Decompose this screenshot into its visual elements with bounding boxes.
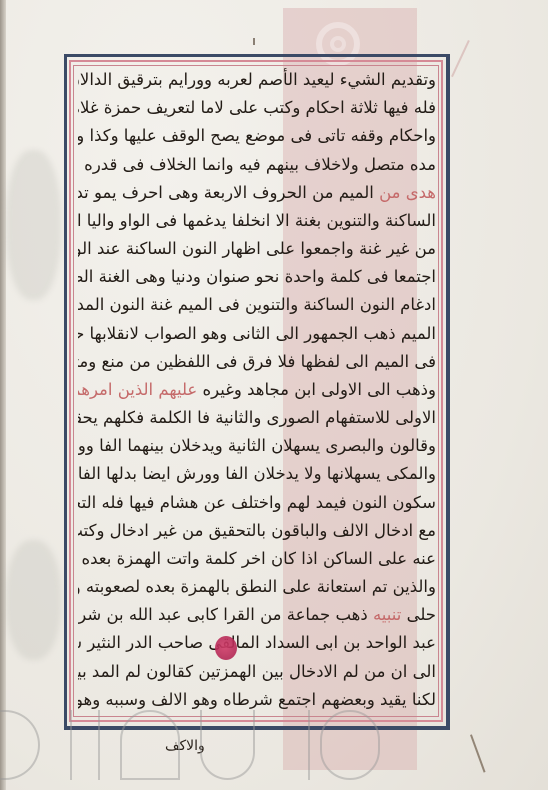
rubric-text: عليهم الذين امرهم <box>78 380 197 399</box>
line-text: الساكنة والتنوين بغنة الا انخلفا يدغمها … <box>78 211 436 230</box>
line-text: والمكى يسهلانها ولا يدخلان الفا وورش ايض… <box>78 464 436 483</box>
line-text: الميم ذهب الجمهور الى الثانى وهو الصواب … <box>78 324 436 343</box>
line-text: ادغام النون الساكنة والتنوين فى الميم غن… <box>78 295 436 314</box>
manuscript-line: الساكنة والتنوين بغنة الا انخلفا يدغمها … <box>78 207 436 234</box>
manuscript-line: مع ادخال الالف والباقون بالتحقيق من غير … <box>78 517 436 544</box>
manuscript-line: عبد الواحد بن ابى السداد المالقى صاحب ال… <box>78 629 436 656</box>
manuscript-line: عنه على الساكن اذا كان اخر كلمة واتت اله… <box>78 545 436 572</box>
manuscript-line: فله فيها ثلاثة احكام وكتب على لاما لتعري… <box>78 94 436 121</box>
line-text: حلى <box>401 605 436 624</box>
line-text: واحكام وقفه تاتى فى موضع يصح الوقف عليها… <box>78 126 436 145</box>
manuscript-line: وذهب الى الاولى ابن مجاهد وغيره عليهم ال… <box>78 376 436 403</box>
line-text: لكنا يقيد وبعضهم اجتمع شرطاه وهو الالف و… <box>78 690 436 709</box>
manuscript-line: لكنا يقيد وبعضهم اجتمع شرطاه وهو الالف و… <box>78 686 436 713</box>
line-text: سكون النون فيمد لهم واختلف عن هشام فيها … <box>78 493 436 512</box>
manuscript-line: واحكام وقفه تاتى فى موضع يصح الوقف عليها… <box>78 122 436 149</box>
bleed-through-ornament <box>6 540 61 660</box>
margin-mark <box>253 38 255 45</box>
line-text: والذين تم استعانة على النطق بالهمزة بعده… <box>78 577 436 596</box>
manuscript-line: والمكى يسهلانها ولا يدخلان الفا وورش ايض… <box>78 460 436 487</box>
rubric-text: هدى من <box>379 183 436 202</box>
rubric-text: تنبيه <box>373 605 401 624</box>
line-text: الى ان من لم الادخال بين الهمزتين كقالون… <box>78 662 436 681</box>
manuscript-line: مده متصل ولاخلاف بينهم فيه وانما الخلاف … <box>78 151 436 178</box>
line-text: من غير غنة واجمعوا على اظهار النون الساك… <box>78 239 436 258</box>
line-text: فله فيها ثلاثة احكام وكتب على لاما لتعري… <box>78 98 436 117</box>
line-text: مع ادخال الالف والباقون بالتحقيق من غير … <box>78 521 436 540</box>
manuscript-line: الاولى للاستفهام الصورى والثانية فا الكل… <box>78 404 436 431</box>
line-text: وقالون والبصرى يسهلان الثانية ويدخلان بي… <box>78 436 436 455</box>
manuscript-line: الى ان من لم الادخال بين الهمزتين كقالون… <box>78 658 436 685</box>
line-text: اجتمعا فى كلمة واحدة نحو صنوان ودنيا وهى… <box>78 267 436 286</box>
manuscript-line: وتقديم الشيء ليعيد الأصم لعربه وورايم بت… <box>78 66 436 93</box>
page-gutter-edge <box>0 0 6 790</box>
manuscript-line: من غير غنة واجمعوا على اظهار النون الساك… <box>78 235 436 262</box>
line-text: وتقديم الشيء ليعيد الأصم لعربه وورايم بت… <box>78 70 436 89</box>
manuscript-line: هدى من الميم من الحروف الاربعة وهى احرف … <box>78 179 436 206</box>
catchword: والاكف <box>165 738 205 754</box>
manuscript-line: سكون النون فيمد لهم واختلف عن هشام فيها … <box>78 489 436 516</box>
line-text: فى الميم الى لفظها فلا فرق فى اللفظين من… <box>78 352 436 371</box>
line-text: وذهب الى الاولى ابن مجاهد وغيره <box>197 380 436 399</box>
line-text: الاولى للاستفهام الصورى والثانية فا الكل… <box>78 408 436 427</box>
manuscript-line: اجتمعا فى كلمة واحدة نحو صنوان ودنيا وهى… <box>78 263 436 290</box>
manuscript-line: حلى تنبيه ذهب جماعة من القرا كابى عبد ال… <box>78 601 436 628</box>
line-text: عبد الواحد بن ابى السداد المالقى صاحب ال… <box>78 633 436 652</box>
line-text: عنه على الساكن اذا كان اخر كلمة واتت اله… <box>78 549 436 568</box>
manuscript-line: الميم ذهب الجمهور الى الثانى وهو الصواب … <box>78 320 436 347</box>
manuscript-line: فى الميم الى لفظها فلا فرق فى اللفظين من… <box>78 348 436 375</box>
manuscript-line: وقالون والبصرى يسهلان الثانية ويدخلان بي… <box>78 432 436 459</box>
manuscript-text-block: وتقديم الشيء ليعيد الأصم لعربه وورايم بت… <box>78 66 436 714</box>
manuscript-line: والذين تم استعانة على النطق بالهمزة بعده… <box>78 573 436 600</box>
line-text: الميم من الحروف الاربعة وهى احرف يمو تدغ… <box>78 183 379 202</box>
line-text: ذهب جماعة من القرا كابى عبد الله بن شريح… <box>78 605 373 624</box>
red-seal-stamp <box>215 636 237 660</box>
manuscript-line: ادغام النون الساكنة والتنوين فى الميم غن… <box>78 291 436 318</box>
bleed-through-ornament <box>6 150 61 300</box>
line-text: مده متصل ولاخلاف بينهم فيه وانما الخلاف … <box>78 155 436 174</box>
